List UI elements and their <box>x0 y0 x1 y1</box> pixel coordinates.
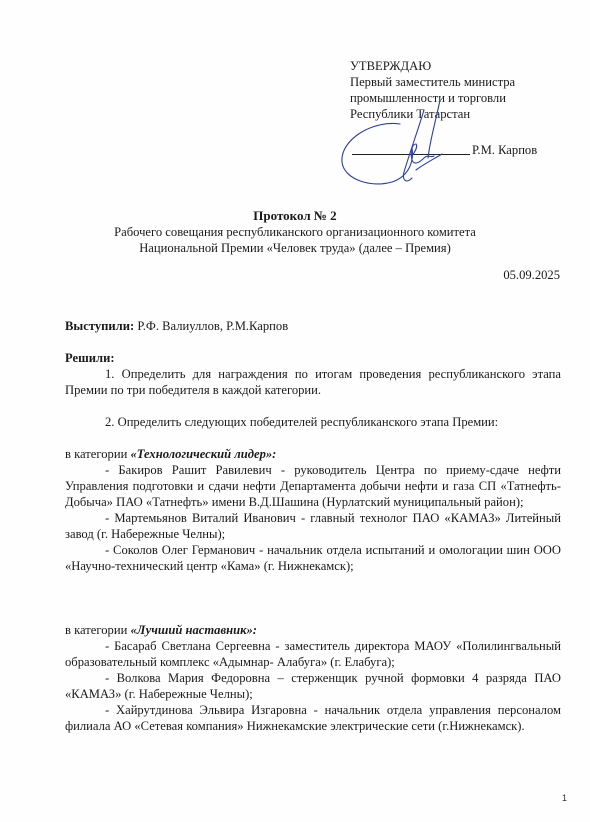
category-technological-leader: в категории «Технологический лидер»: - Б… <box>65 446 561 574</box>
document-page: УТВЕРЖДАЮ Первый заместитель министра пр… <box>0 0 590 822</box>
approval-block: УТВЕРЖДАЮ Первый заместитель министра пр… <box>350 58 590 122</box>
category-best-mentor: в категории «Лучший наставник»: - Басара… <box>65 622 561 734</box>
approval-position-line-2: промышленности и торговли <box>350 90 590 106</box>
category-prefix: в категории <box>65 623 130 637</box>
winner-item: - Мартемьянов Виталий Иванович - главный… <box>65 510 561 542</box>
category-name: «Лучший наставник»: <box>130 623 257 637</box>
signatory-name: Р.М. Карпов <box>472 142 537 158</box>
approval-heading: УТВЕРЖДАЮ <box>350 58 590 74</box>
speakers-label: Выступили: <box>65 319 134 333</box>
title-subtitle-line-1: Рабочего совещания республиканского орга… <box>60 224 530 240</box>
speakers-section: Выступили: Р.Ф. Валиуллов, Р.М.Карпов <box>65 318 561 334</box>
decision-item-2-block: 2. Определить следующих победителей респ… <box>65 414 561 430</box>
approval-position-line-1: Первый заместитель министра <box>350 74 590 90</box>
approval-position-line-3: Республики Татарстан <box>350 106 590 122</box>
winner-item: - Бакиров Рашит Равилевич - руководитель… <box>65 462 561 510</box>
decision-item-1: 1. Определить для награждения по итогам … <box>65 366 561 398</box>
decisions-label: Решили: <box>65 350 561 366</box>
title-subtitle-line-2: Национальной Премии «Человек труда» (дал… <box>60 240 530 256</box>
decision-item-2: 2. Определить следующих победителей респ… <box>65 414 561 430</box>
signature-line <box>352 154 470 155</box>
decisions-section: Решили: 1. Определить для награждения по… <box>65 350 561 398</box>
page-number: 1 <box>562 790 567 806</box>
winner-item: - Хайрутдинова Эльвира Изгаровна - начал… <box>65 702 561 734</box>
title-block: Протокол № 2 Рабочего совещания республи… <box>60 207 530 256</box>
winner-item: - Волкова Мария Федоровна – стерженщик р… <box>65 670 561 702</box>
category-heading: в категории «Лучший наставник»: <box>65 622 561 638</box>
page-title: Протокол № 2 <box>60 207 530 224</box>
category-prefix: в категории <box>65 447 130 461</box>
category-heading: в категории «Технологический лидер»: <box>65 446 561 462</box>
speakers-names: Р.Ф. Валиуллов, Р.М.Карпов <box>134 319 288 333</box>
signature-row: Р.М. Карпов <box>350 142 590 160</box>
category-name: «Технологический лидер»: <box>130 447 276 461</box>
winner-item: - Басараб Светлана Сергеевна - заместите… <box>65 638 561 670</box>
winner-item: - Соколов Олег Германович - начальник от… <box>65 542 561 574</box>
document-date: 05.09.2025 <box>503 267 560 283</box>
